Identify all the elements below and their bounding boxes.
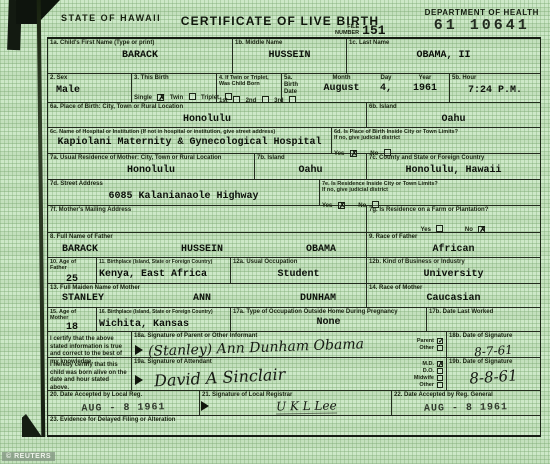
- field-6a-value: Honolulu: [50, 114, 364, 125]
- field-7c-label: 7c. County and State or Foreign Country: [369, 155, 538, 162]
- field-7a-label: 7a. Usual Residence of Mother: City, Tow…: [50, 155, 252, 162]
- row-delayed-filing: 23. Evidence for Delayed Filing or Alter…: [48, 415, 540, 435]
- file-number-value: 151: [362, 23, 385, 38]
- field-10-label: 10. Age of Father: [50, 259, 94, 271]
- field-16-value: Wichita, Kansas: [99, 319, 228, 330]
- field-6c-label: 6c. Name of Hospital or Institution (If …: [50, 129, 329, 136]
- other-attendant-checkbox: [437, 382, 443, 388]
- field-7g-label: 7g. Is Residence on a Farm or Plantation…: [369, 207, 538, 214]
- row-mother: 13. Full Maiden Name of Mother STANLEY A…: [48, 283, 540, 307]
- field-7c-value: Honolulu, Hawaii: [369, 165, 538, 176]
- field-18b-label: 18b. Date of Signature: [449, 333, 538, 340]
- signature-arrow-icon: [201, 401, 209, 411]
- attendant-signature: David A Sinclair: [154, 365, 286, 391]
- second-checkbox: [262, 96, 269, 103]
- field-16-label: 16. Birthplace (Island, State or Foreign…: [99, 309, 228, 316]
- field-17a: 17a. Type of Occupation Outside Home Dur…: [230, 308, 426, 331]
- year-value: 1961: [403, 83, 447, 94]
- field-7a-value: Honolulu: [50, 165, 252, 176]
- field-3-label: 3. This Birth: [134, 75, 214, 82]
- single-option-label: Single: [134, 95, 152, 101]
- field-22: 22. Date Accepted by Reg. General AUG - …: [391, 391, 540, 415]
- row-mother-details: 15. Age of Mother 18 16. Birthplace (Isl…: [48, 307, 540, 331]
- field-12b: 12b. Kind of Business or Industry Univer…: [366, 258, 540, 283]
- field-13-label: 13. Full Maiden Name of Mother: [50, 285, 364, 292]
- field-6b-label: 6b. Island: [369, 104, 538, 111]
- field-11: 11. Birthplace (Island, State or Foreign…: [96, 258, 230, 283]
- birth-certificate-document: STATE OF HAWAII CERTIFICATE OF LIVE BIRT…: [0, 0, 550, 464]
- father-middle-name: HUSSEIN: [181, 244, 223, 255]
- form-grid: 1a. Child's First Name (Type or print) B…: [47, 39, 541, 437]
- first-checkbox: [233, 96, 240, 103]
- field-7a: 7a. Usual Residence of Mother: City, Tow…: [48, 154, 254, 179]
- month-value: August: [314, 83, 369, 94]
- file-number-label: FILE NUMBER: [335, 25, 359, 36]
- state-title: STATE OF HAWAII: [61, 13, 161, 23]
- field-6a-label: 6a. Place of Birth: City, Town or Rural …: [50, 104, 364, 111]
- year-header: Year: [403, 75, 447, 81]
- page-fold-line: [37, 0, 46, 437]
- day-header: Day: [369, 75, 403, 81]
- field-1b-label: 1b. Middle Name: [235, 40, 344, 47]
- field-5b-label: 5b. Hour: [452, 75, 538, 82]
- 7g-yes-checkbox: [436, 225, 443, 232]
- field-6d-label: 6d. Is Place of Birth Inside City or Tow…: [334, 129, 538, 141]
- field-1c: 1c. Last Name OBAMA, II: [346, 39, 540, 73]
- field-12a-value: Student: [233, 269, 364, 280]
- certificate-form: STATE OF HAWAII CERTIFICATE OF LIVE BIRT…: [47, 5, 541, 437]
- field-7e-label: 7e. Is Residence Inside City or Town Lim…: [322, 181, 538, 193]
- do-option-label: D.O.: [423, 368, 434, 374]
- field-2-value: Male: [50, 85, 129, 96]
- field-17b: 17b. Date Last Worked: [426, 308, 540, 331]
- md-option-label: M.D.: [422, 361, 434, 367]
- field-6b-value: Oahu: [369, 114, 538, 125]
- certificate-number-stamp: 61 10641: [425, 17, 539, 34]
- field-17a-value: None: [233, 317, 424, 328]
- field-1c-label: 1c. Last Name: [349, 40, 538, 47]
- informant-type-options: Parent ✓ Other: [392, 333, 444, 356]
- field-12a: 12a. Usual Occupation Student: [230, 258, 366, 283]
- registrar-signature: U K L Lee: [276, 398, 337, 414]
- field-19b: 19b. Date of Signature 8-8-61: [446, 358, 540, 390]
- attendant-certification: I hereby certify that this child was bor…: [48, 358, 131, 390]
- field-11-value: Kenya, East Africa: [99, 269, 228, 280]
- field-23-label: 23. Evidence for Delayed Filing or Alter…: [50, 417, 538, 424]
- signature-arrow-icon: [135, 375, 143, 385]
- field-19b-value: 8-8-61: [448, 365, 538, 389]
- field-7d-label: 7d. Street Address: [50, 181, 317, 188]
- field-3-this-birth: 3. This Birth Single ✗ Twin Triplet: [131, 74, 216, 102]
- field-7g: 7g. Is Residence on a Farm or Plantation…: [366, 206, 540, 232]
- father-last-name: OBAMA: [306, 244, 336, 255]
- field-23: 23. Evidence for Delayed Filing or Alter…: [48, 416, 540, 435]
- field-2-sex: 2. Sex Male: [48, 74, 131, 102]
- field-6b: 6b. Island Oahu: [366, 103, 540, 127]
- row-mailing-address: 7f. Mother's Mailing Address 7g. Is Resi…: [48, 205, 540, 232]
- attendant-certification-text: I hereby certify that this child was bor…: [50, 359, 129, 392]
- field-12b-label: 12b. Kind of Business or Industry: [369, 259, 538, 266]
- reuters-watermark: © REUTERS: [2, 452, 55, 461]
- field-4-twin-order: 4. If Twin or Triplet, Was Child Born 1s…: [216, 74, 281, 102]
- signature-arrow-icon: [135, 345, 143, 355]
- field-5b-hour: 5b. Hour 7:24 P.M.: [449, 74, 540, 102]
- department-block: DEPARTMENT OF HEALTH 61 10641: [425, 8, 539, 34]
- field-21: 21. Signature of Local Registrar U K L L…: [199, 391, 391, 415]
- field-12b-value: University: [369, 269, 538, 280]
- field-7d: 7d. Street Address 6085 Kalanianaole Hig…: [48, 180, 319, 205]
- 7g-no-checkbox: ✗: [478, 226, 485, 233]
- field-8-label: 8. Full Name of Father: [50, 234, 364, 241]
- birth-month: Month August: [314, 75, 369, 101]
- field-12a-label: 12a. Usual Occupation: [233, 259, 364, 266]
- field-22-label: 22. Date Accepted by Reg. General: [394, 392, 538, 399]
- field-9-label: 9. Race of Father: [369, 234, 538, 241]
- field-5b-value: 7:24 P.M.: [452, 85, 538, 96]
- row-place-of-birth: 6a. Place of Birth: City, Town or Rural …: [48, 102, 540, 127]
- field-8: 8. Full Name of Father BARACK HUSSEIN OB…: [48, 233, 366, 257]
- department-title: DEPARTMENT OF HEALTH: [425, 8, 539, 17]
- field-7f: 7f. Mother's Mailing Address: [48, 206, 366, 232]
- field-6d: 6d. Is Place of Birth Inside City or Tow…: [331, 128, 540, 153]
- mother-middle-name: ANN: [193, 293, 211, 304]
- field-14-value: Caucasian: [369, 293, 538, 304]
- row-residence: 7a. Usual Residence of Mother: City, Tow…: [48, 153, 540, 179]
- field-1c-value: OBAMA, II: [349, 50, 538, 61]
- field-7b-value: Oahu: [257, 165, 364, 176]
- field-21-label: 21. Signature of Local Registrar: [202, 392, 389, 399]
- mother-last-name: DUNHAM: [300, 293, 336, 304]
- other-option-label: Other: [419, 345, 434, 351]
- field-13-value: STANLEY ANN DUNHAM: [50, 293, 364, 304]
- field-7b: 7b. Island Oahu: [254, 154, 366, 179]
- field-18b: 18b. Date of Signature 8-7-61: [446, 332, 540, 357]
- twin-option-label: Twin: [170, 95, 183, 101]
- attendant-type-options: M.D. ✗ D.O. Midwife Other: [392, 359, 444, 389]
- field-11-label: 11. Birthplace (Island, State or Foreign…: [99, 259, 228, 266]
- field-3-options: Single ✗ Twin Triplet: [134, 86, 214, 104]
- row-child-name: 1a. Child's First Name (Type or print) B…: [48, 39, 540, 73]
- field-17b-label: 17b. Date Last Worked: [429, 309, 538, 316]
- twin-checkbox: [189, 93, 196, 100]
- field-13: 13. Full Maiden Name of Mother STANLEY A…: [48, 284, 366, 307]
- field-17a-label: 17a. Type of Occupation Outside Home Dur…: [233, 309, 424, 316]
- md-checkbox: ✗: [437, 361, 443, 367]
- field-16: 16. Birthplace (Island, State or Foreign…: [96, 308, 230, 331]
- field-1b: 1b. Middle Name HUSSEIN: [232, 39, 346, 73]
- field-1a-label: 1a. Child's First Name (Type or print): [50, 40, 230, 47]
- parent-checkbox: ✓: [437, 338, 443, 344]
- parent-option-label: Parent: [417, 338, 434, 344]
- row-parent-signature: I certify that the above stated informat…: [48, 331, 540, 357]
- field-1b-value: HUSSEIN: [235, 50, 344, 61]
- month-header: Month: [314, 75, 369, 81]
- row-registrar: 20. Date Accepted by Local Reg. AUG - 8 …: [48, 390, 540, 415]
- field-19a: 19a. Signature of Attendant David A Sinc…: [131, 358, 446, 390]
- field-15: 15. Age of Mother 18: [48, 308, 96, 331]
- father-first-name: BARACK: [62, 244, 98, 255]
- other-attendant-option-label: Other: [419, 382, 434, 388]
- row-attendant-signature: I hereby certify that this child was bor…: [48, 357, 540, 390]
- other-checkbox: [437, 345, 443, 351]
- midwife-checkbox: [437, 375, 443, 381]
- field-20-label: 20. Date Accepted by Local Reg.: [50, 392, 197, 399]
- row-hospital: 6c. Name of Hospital or Institution (If …: [48, 127, 540, 153]
- day-value: 4,: [369, 83, 403, 94]
- field-7d-value: 6085 Kalanianaole Highway: [50, 191, 317, 202]
- bottom-corner-shadow: [22, 414, 42, 437]
- field-4-label: 4. If Twin or Triplet, Was Child Born: [219, 75, 279, 87]
- field-9-value: African: [369, 244, 538, 255]
- row-sex-birthdate: 2. Sex Male 3. This Birth Single ✗ Twin …: [48, 73, 540, 102]
- field-2-label: 2. Sex: [50, 75, 129, 82]
- field-15-label: 15. Age of Mother: [50, 309, 94, 321]
- file-number-block: FILE NUMBER 151: [335, 23, 386, 38]
- form-header: STATE OF HAWAII CERTIFICATE OF LIVE BIRT…: [47, 5, 541, 39]
- field-8-value: BARACK HUSSEIN OBAMA: [50, 244, 364, 255]
- field-20: 20. Date Accepted by Local Reg. AUG - 8 …: [48, 391, 199, 415]
- field-5a-label: 5a. Birth Date: [284, 75, 314, 101]
- field-5a-birth-date: 5a. Birth Date Month August Day 4, Year …: [281, 74, 449, 102]
- birth-year: Year 1961: [403, 75, 447, 101]
- field-7b-label: 7b. Island: [257, 155, 364, 162]
- row-street-address: 7d. Street Address 6085 Kalanianaole Hig…: [48, 179, 540, 205]
- field-14: 14. Race of Mother Caucasian: [366, 284, 540, 307]
- field-14-label: 14. Race of Mother: [369, 285, 538, 292]
- field-7e: 7e. Is Residence Inside City or Town Lim…: [319, 180, 540, 205]
- field-9: 9. Race of Father African: [366, 233, 540, 257]
- single-checkbox: ✗: [157, 94, 164, 101]
- field-1a: 1a. Child's First Name (Type or print) B…: [48, 39, 232, 73]
- field-10: 10. Age of Father 25: [48, 258, 96, 283]
- field-7f-label: 7f. Mother's Mailing Address: [50, 207, 364, 214]
- field-6a: 6a. Place of Birth: City, Town or Rural …: [48, 103, 366, 127]
- field-7c: 7c. County and State or Foreign Country …: [366, 154, 540, 179]
- birth-day: Day 4,: [369, 75, 403, 101]
- do-checkbox: [437, 368, 443, 374]
- field-18a: 18a. Signature of Parent or Other Inform…: [131, 332, 446, 357]
- field-22-stamp: AUG - 8 1961: [394, 402, 538, 416]
- field-20-stamp: AUG - 8 1961: [50, 402, 197, 416]
- row-father-details: 10. Age of Father 25 11. Birthplace (Isl…: [48, 257, 540, 283]
- parent-certification: I certify that the above stated informat…: [48, 332, 131, 357]
- row-father: 8. Full Name of Father BARACK HUSSEIN OB…: [48, 232, 540, 257]
- field-1a-value: BARACK: [50, 50, 230, 61]
- mother-first-name: STANLEY: [62, 293, 104, 304]
- midwife-option-label: Midwife: [414, 375, 434, 381]
- field-6c: 6c. Name of Hospital or Institution (If …: [48, 128, 331, 153]
- field-6c-value: Kapiolani Maternity & Gynecological Hosp…: [50, 137, 329, 148]
